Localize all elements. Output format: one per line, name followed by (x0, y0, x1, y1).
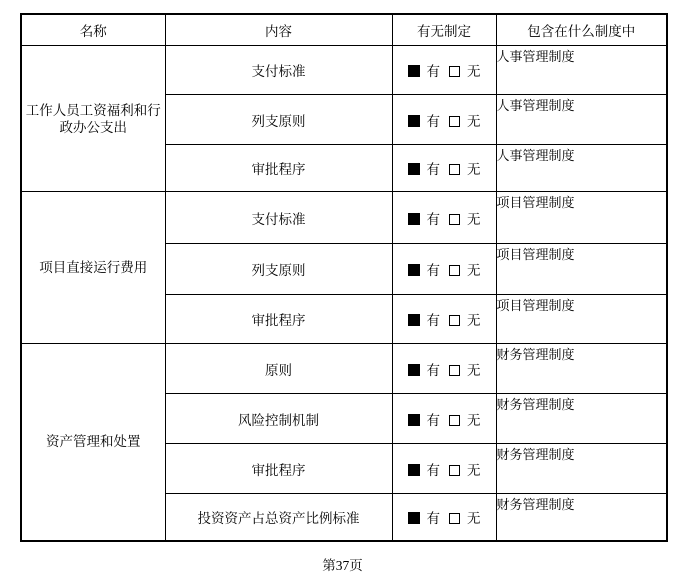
option-has-label: 有 (427, 162, 441, 177)
header-row: 名称 内容 有无制定 包含在什么制度中 (21, 14, 667, 46)
system-cell: 财务管理制度 (496, 494, 667, 541)
option-none-label: 无 (467, 463, 481, 478)
institution-check-table: 名称 内容 有无制定 包含在什么制度中 工作人员工资福利和行政办公支出 支付标准… (20, 13, 668, 542)
has-institution-cell: 有无 (392, 244, 496, 295)
table-row: 工作人员工资福利和行政办公支出 支付标准 有无 人事管理制度 (21, 46, 667, 95)
has-institution-cell: 有无 (392, 394, 496, 444)
header-content: 内容 (165, 14, 392, 46)
option-has-label: 有 (427, 463, 441, 478)
system-cell: 财务管理制度 (496, 394, 667, 444)
checkbox-checked-icon (408, 512, 420, 524)
option-has-label: 有 (427, 511, 441, 526)
system-cell: 项目管理制度 (496, 295, 667, 344)
system-cell: 人事管理制度 (496, 145, 667, 192)
checkbox-unchecked-icon (449, 214, 460, 225)
system-cell: 项目管理制度 (496, 244, 667, 295)
checkbox-unchecked-icon (449, 66, 460, 77)
checkbox-checked-icon (408, 264, 420, 276)
has-institution-cell: 有无 (392, 192, 496, 244)
content-cell: 原则 (165, 344, 392, 394)
header-has-institution: 有无制定 (392, 14, 496, 46)
table-row: 项目直接运行费用 支付标准 有无 项目管理制度 (21, 192, 667, 244)
has-institution-cell: 有无 (392, 145, 496, 192)
page-number: 第37页 (0, 554, 685, 574)
checkbox-unchecked-icon (449, 265, 460, 276)
content-cell: 列支原则 (165, 244, 392, 295)
checkbox-unchecked-icon (449, 365, 460, 376)
checkbox-checked-icon (408, 364, 420, 376)
has-institution-cell: 有无 (392, 295, 496, 344)
content-cell: 审批程序 (165, 444, 392, 494)
system-cell: 人事管理制度 (496, 46, 667, 95)
option-none-label: 无 (467, 511, 481, 526)
checkbox-checked-icon (408, 163, 420, 175)
option-none-label: 无 (467, 363, 481, 378)
option-none-label: 无 (467, 64, 481, 79)
option-has-label: 有 (427, 313, 441, 328)
option-none-label: 无 (467, 413, 481, 428)
checkbox-unchecked-icon (449, 465, 460, 476)
table-row: 资产管理和处置 原则 有无 财务管理制度 (21, 344, 667, 394)
checkbox-checked-icon (408, 115, 420, 127)
system-cell: 项目管理制度 (496, 192, 667, 244)
category-cell: 工作人员工资福利和行政办公支出 (21, 46, 165, 192)
checkbox-checked-icon (408, 414, 420, 426)
checkbox-unchecked-icon (449, 164, 460, 175)
checkbox-unchecked-icon (449, 315, 460, 326)
has-institution-cell: 有无 (392, 95, 496, 145)
category-cell: 项目直接运行费用 (21, 192, 165, 344)
checkbox-checked-icon (408, 65, 420, 77)
system-cell: 人事管理制度 (496, 95, 667, 145)
option-none-label: 无 (467, 212, 481, 227)
option-has-label: 有 (427, 363, 441, 378)
checkbox-unchecked-icon (449, 513, 460, 524)
checkbox-checked-icon (408, 464, 420, 476)
option-has-label: 有 (427, 413, 441, 428)
system-cell: 财务管理制度 (496, 344, 667, 394)
checkbox-unchecked-icon (449, 415, 460, 426)
has-institution-cell: 有无 (392, 494, 496, 541)
checkbox-unchecked-icon (449, 116, 460, 127)
content-cell: 支付标准 (165, 46, 392, 95)
system-cell: 财务管理制度 (496, 444, 667, 494)
has-institution-cell: 有无 (392, 344, 496, 394)
option-none-label: 无 (467, 263, 481, 278)
category-cell: 资产管理和处置 (21, 344, 165, 541)
option-has-label: 有 (427, 212, 441, 227)
content-cell: 列支原则 (165, 95, 392, 145)
option-none-label: 无 (467, 162, 481, 177)
option-has-label: 有 (427, 263, 441, 278)
header-which-system: 包含在什么制度中 (496, 14, 667, 46)
header-name: 名称 (21, 14, 165, 46)
content-cell: 审批程序 (165, 145, 392, 192)
option-none-label: 无 (467, 114, 481, 129)
has-institution-cell: 有无 (392, 444, 496, 494)
content-cell: 支付标准 (165, 192, 392, 244)
checkbox-checked-icon (408, 213, 420, 225)
checkbox-checked-icon (408, 314, 420, 326)
content-cell: 风险控制机制 (165, 394, 392, 444)
option-none-label: 无 (467, 313, 481, 328)
option-has-label: 有 (427, 64, 441, 79)
has-institution-cell: 有无 (392, 46, 496, 95)
content-cell: 审批程序 (165, 295, 392, 344)
content-cell: 投资资产占总资产比例标准 (165, 494, 392, 541)
option-has-label: 有 (427, 114, 441, 129)
